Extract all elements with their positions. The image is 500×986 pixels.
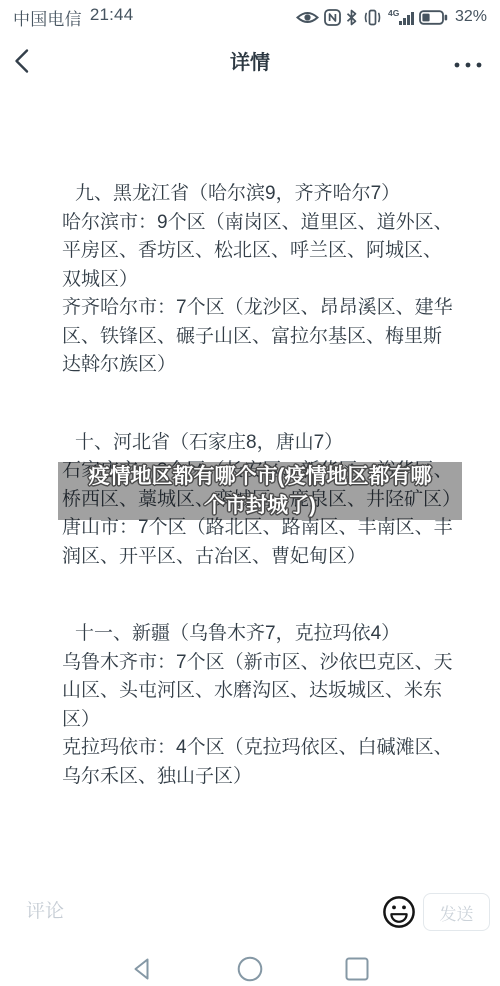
battery-icon <box>419 10 448 25</box>
android-nav-bar <box>0 945 500 986</box>
smiley-icon <box>381 917 417 934</box>
signal-4g-icon: 4G <box>388 8 414 26</box>
section-heading: 十、河北省（石家庄8，唐山7） <box>62 429 454 458</box>
comment-bar: 发送 <box>0 885 500 940</box>
status-left: 中国电信 21:44 <box>13 5 133 30</box>
section-xinjiang: 十一、新疆（乌鲁木齐7，克拉玛依4） 乌鲁木齐市：7个区（新市区、沙依巴克区、天… <box>62 620 454 791</box>
circle-home-icon <box>237 969 263 986</box>
paragraph: 齐齐哈尔市：7个区（龙沙区、昂昂溪区、建华区、铁锋区、碾子山区、富拉尔基区、梅里… <box>62 294 454 380</box>
watermark-overlay: 疫情地区都有哪个市(疫情地区都有哪 个市封城了) <box>58 462 462 520</box>
nfc-icon <box>324 9 341 26</box>
triangle-back-icon <box>130 969 156 986</box>
carrier-label: 中国电信 <box>13 5 82 30</box>
emoji-button[interactable] <box>381 894 419 932</box>
status-bar: 中国电信 21:44 <box>0 0 500 32</box>
paragraph: 乌鲁木齐市：7个区（新市区、沙依巴克区、天山区、头屯河区、水磨沟区、达坂城区、米… <box>62 649 454 735</box>
bluetooth-icon <box>346 9 357 26</box>
status-right: 4G 32% <box>296 8 487 26</box>
more-options-button[interactable] <box>453 56 483 74</box>
nav-bar: 详情 <box>0 32 500 88</box>
section-heading: 十一、新疆（乌鲁木齐7，克拉玛依4） <box>62 620 454 649</box>
comment-input[interactable] <box>24 895 358 929</box>
android-recents-button[interactable] <box>344 956 370 986</box>
eye-icon <box>296 10 319 25</box>
paragraph: 克拉玛依市：4个区（克拉玛依区、白碱滩区、乌尔禾区、独山子区） <box>62 734 454 791</box>
paragraph: 唐山市：7个区（路北区、路南区、丰南区、丰润区、开平区、古冶区、曹妃甸区） <box>62 514 454 571</box>
clock-label: 21:44 <box>90 5 134 30</box>
android-back-button[interactable] <box>130 956 156 986</box>
section-heading: 九、黑龙江省（哈尔滨9，齐齐哈尔7） <box>62 180 454 209</box>
battery-percent: 32% <box>455 8 487 26</box>
phone-screen: 中国电信 21:44 <box>0 0 500 986</box>
send-button-label: 发送 <box>440 900 474 925</box>
android-home-button[interactable] <box>237 956 263 986</box>
section-heilongjiang: 九、黑龙江省（哈尔滨9，齐齐哈尔7） 哈尔滨市：9个区（南岗区、道里区、道外区、… <box>62 180 454 380</box>
square-recents-icon <box>344 969 370 986</box>
ellipsis-icon <box>453 56 483 73</box>
svg-text:4G: 4G <box>388 8 400 18</box>
vibrate-icon <box>362 9 383 26</box>
send-button[interactable]: 发送 <box>423 893 490 931</box>
watermark-text: 疫情地区都有哪个市(疫情地区都有哪 个市封城了) <box>89 462 432 520</box>
paragraph: 哈尔滨市：9个区（南岗区、道里区、道外区、平房区、香坊区、松北区、呼兰区、阿城区… <box>62 209 454 295</box>
page-title: 详情 <box>0 32 500 88</box>
